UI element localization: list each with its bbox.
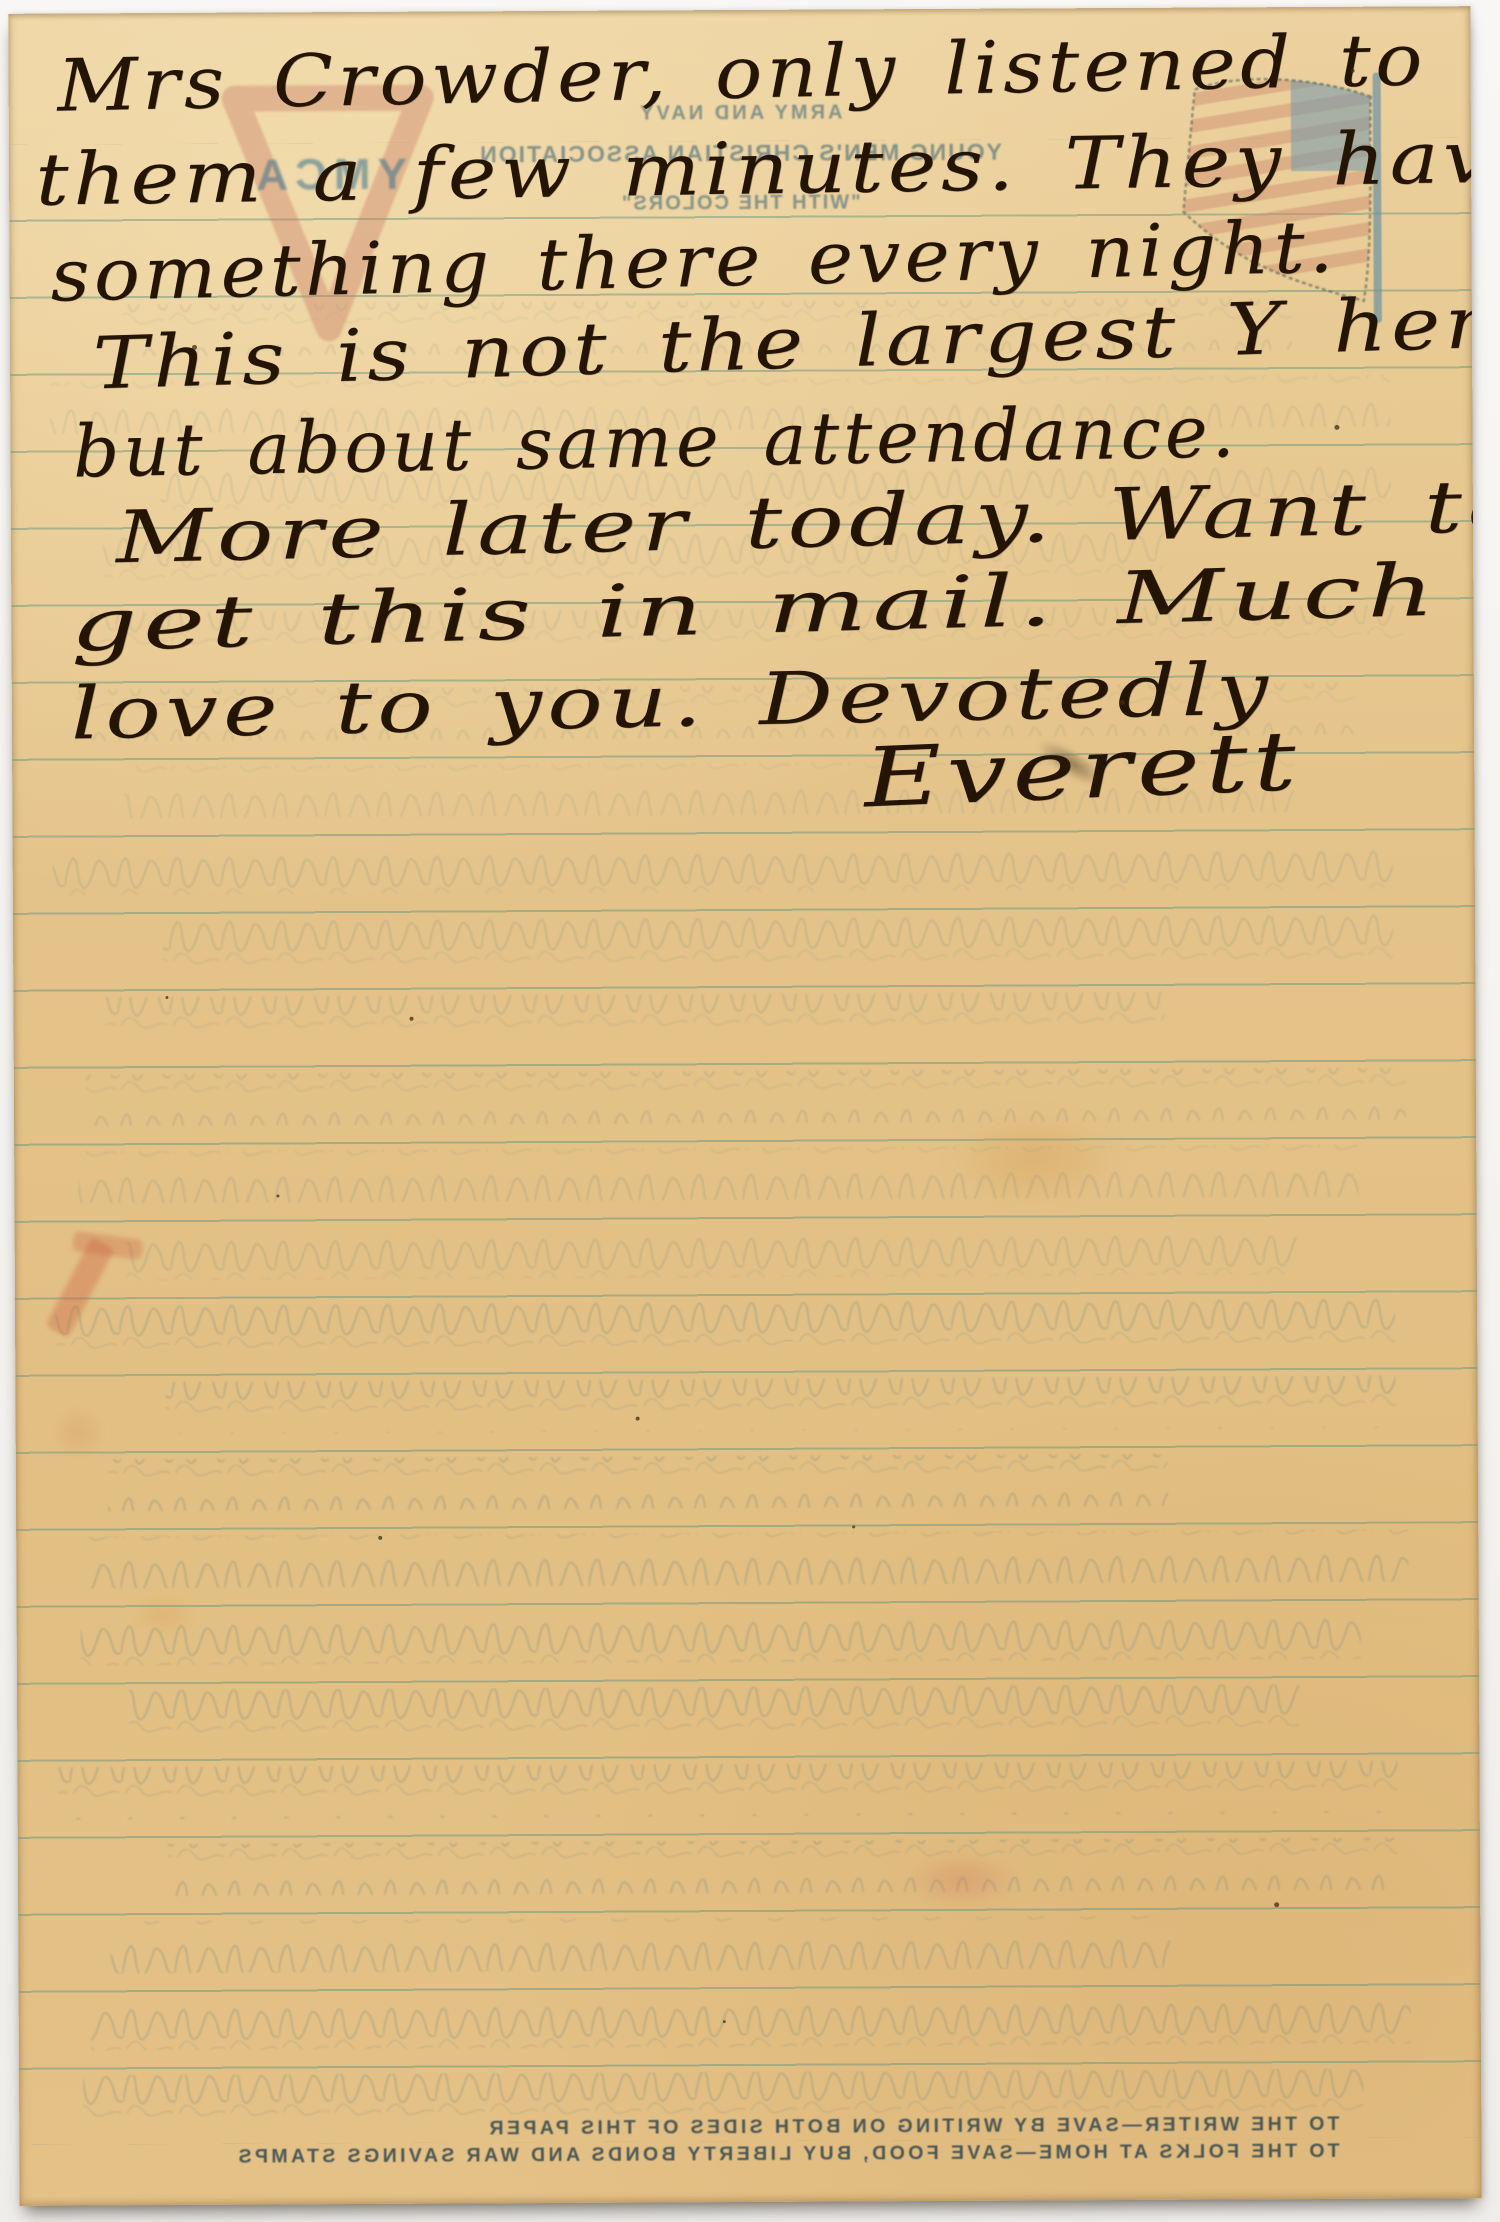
stain (129, 1593, 199, 1637)
ink-speck (192, 345, 197, 350)
ink-speck (636, 1417, 640, 1421)
ink-speck (852, 1525, 855, 1528)
red-triangle-bleed-mark (72, 1231, 144, 1260)
scan-background: ARMY AND NAVY YOUNG MEN'S CHRISTIAN ASSO… (0, 0, 1500, 2222)
ink-speck (1120, 700, 1125, 705)
ink-speck (1274, 1902, 1279, 1907)
ink-speck (165, 996, 168, 999)
stain (52, 1405, 106, 1459)
ink-specks (8, 6, 1470, 14)
handwriting: Mrs Crowder, only listened to them a few… (8, 6, 1470, 14)
stain (902, 1851, 1022, 1910)
ink-speck (1334, 425, 1339, 430)
stain (944, 1108, 1125, 1209)
ink-speck (1351, 69, 1355, 73)
ink-speck (276, 1194, 279, 1197)
footer-line-folks: TO THE FOLKS AT HOME—SAVE FOOD, BUY LIBE… (85, 2138, 1339, 2172)
ink-speck (378, 1536, 382, 1540)
ink-speck (410, 1017, 414, 1021)
ink-speck (723, 2020, 726, 2023)
footer-print: TO THE WRITER—SAVE BY WRITING ON BOTH SI… (85, 2111, 1339, 2172)
letter-paper: ARMY AND NAVY YOUNG MEN'S CHRISTIAN ASSO… (8, 6, 1481, 2206)
red-triangle-bleed-mark (45, 1237, 115, 1338)
